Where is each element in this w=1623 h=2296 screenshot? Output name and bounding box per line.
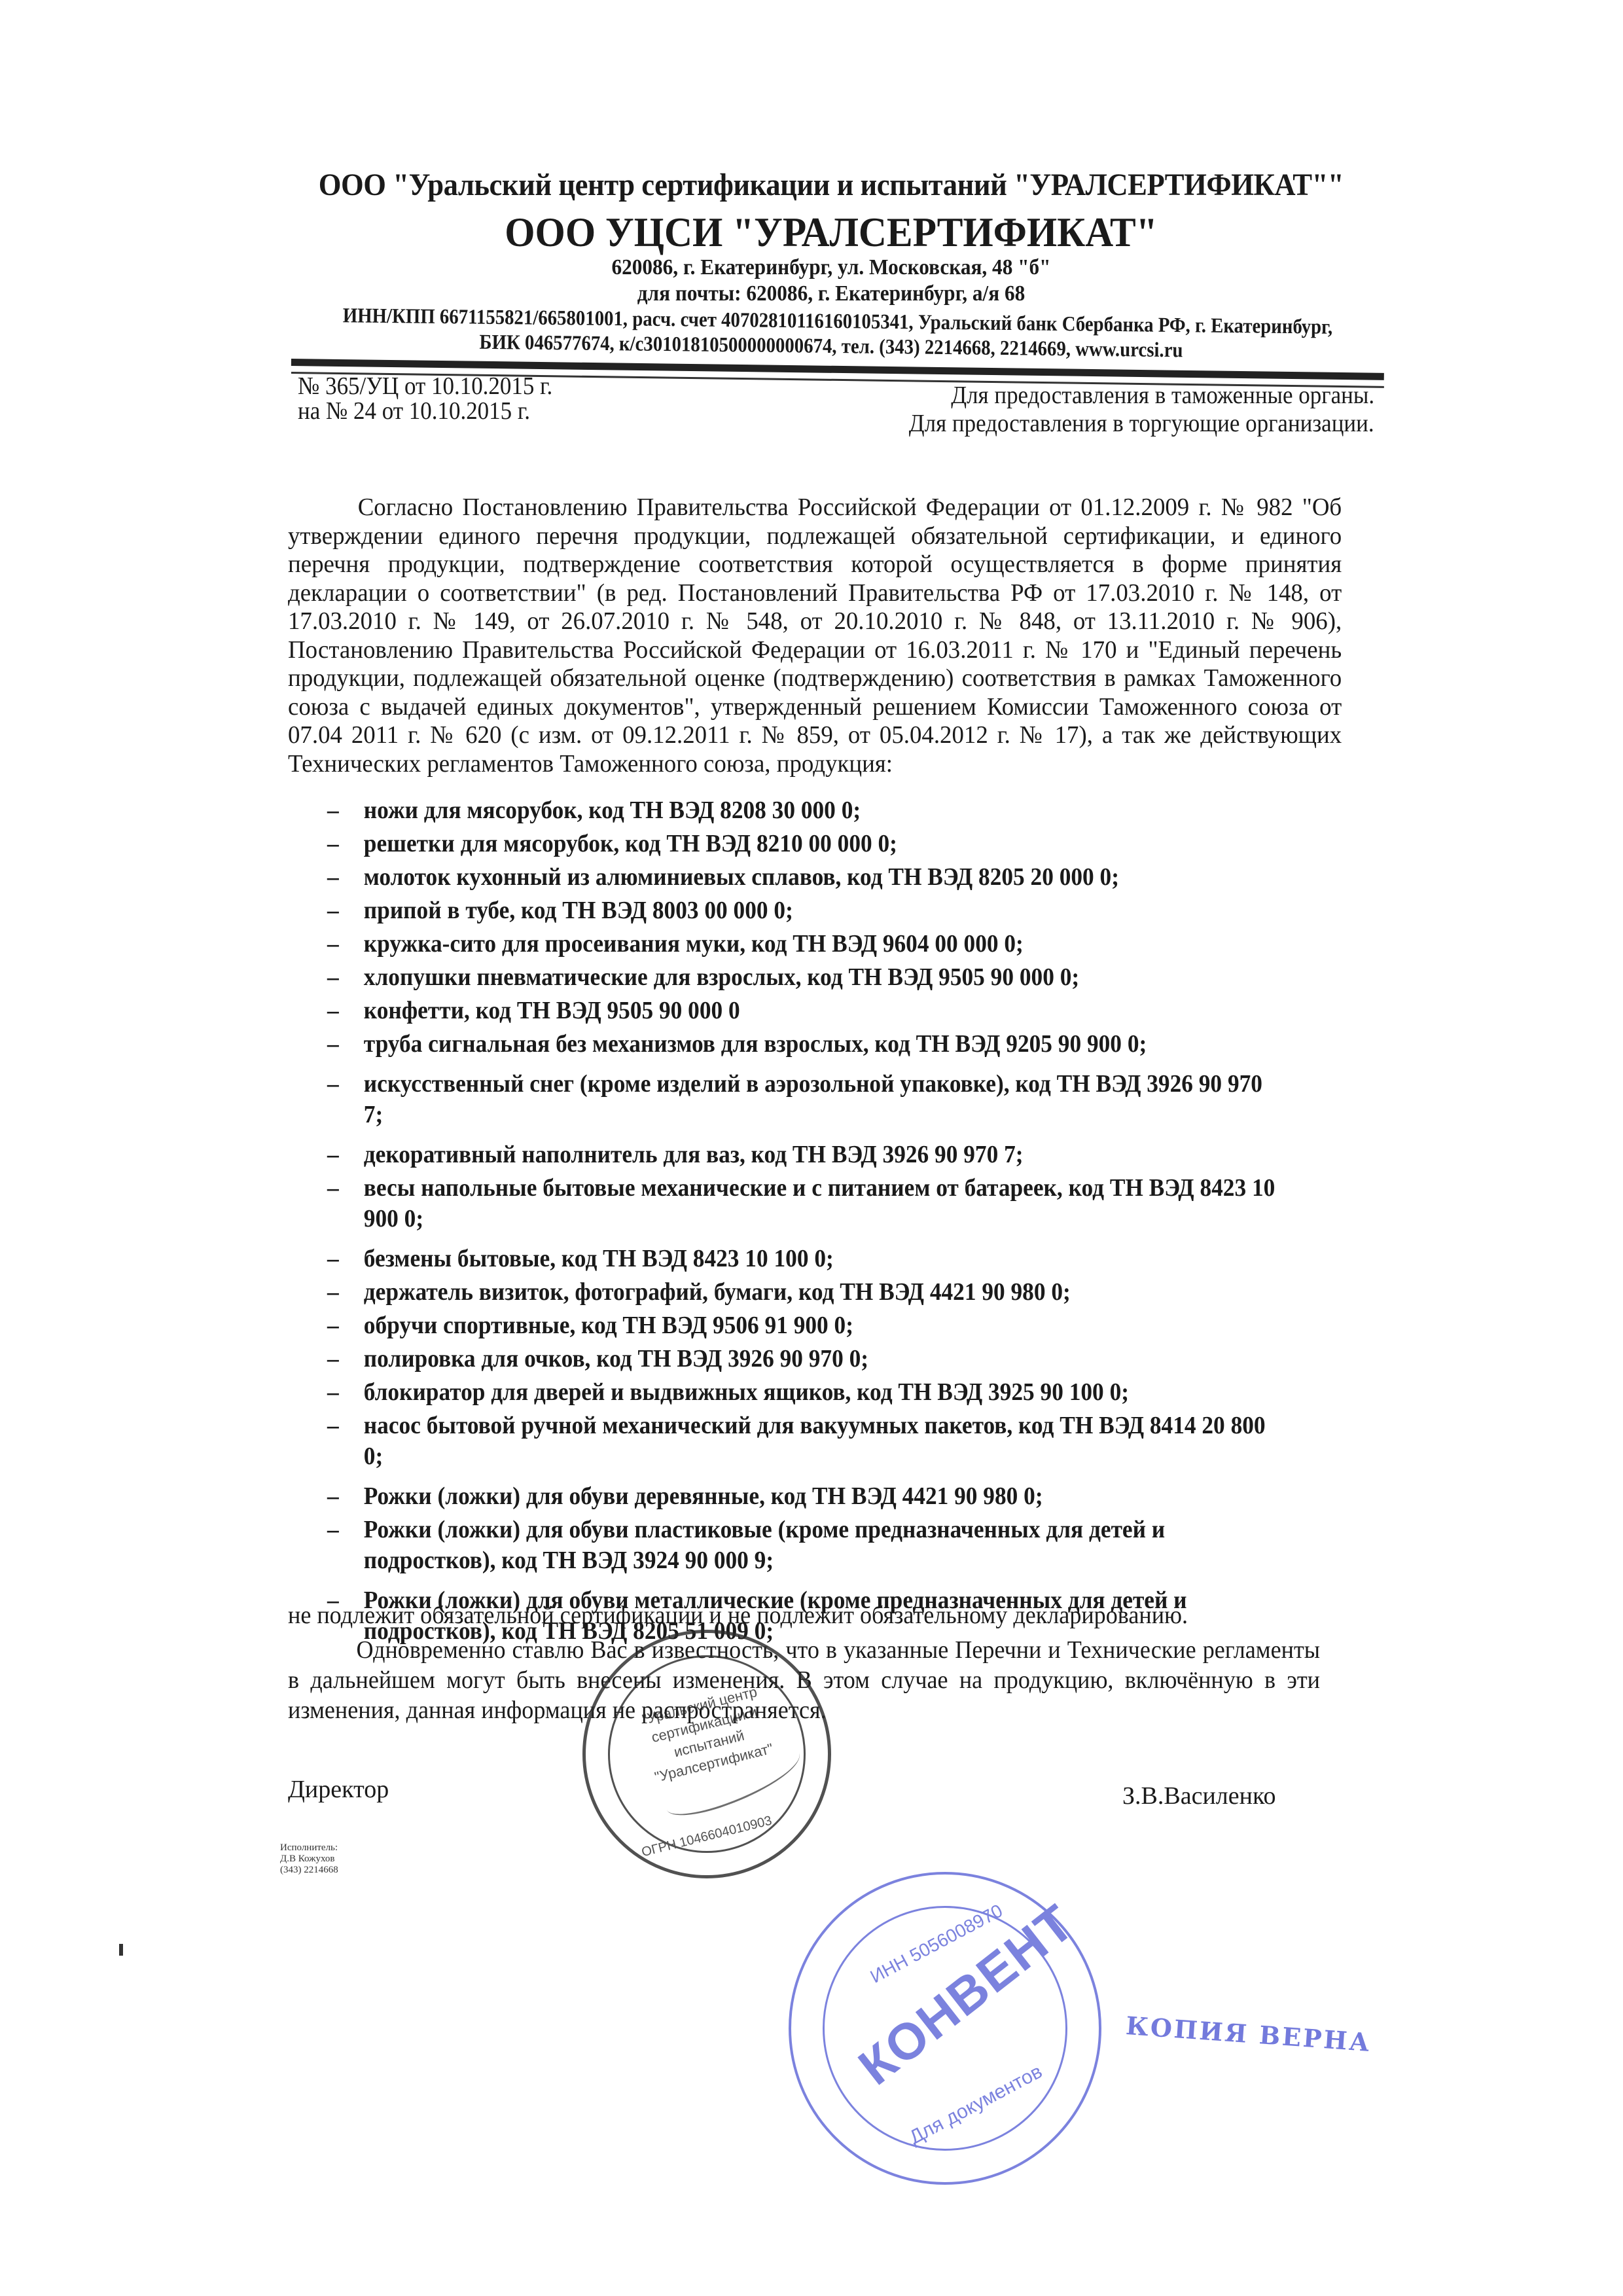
destination-trade: Для предоставления в торгующие организац… <box>909 409 1374 438</box>
copy-true-stamp: КОПИЯ ВЕРНА <box>1125 2011 1372 2057</box>
product-list: –ножи для мясорубок, код ТН ВЭД 8208 30 … <box>327 795 1348 1656</box>
product-item-text: обручи спортивные, код ТН ВЭД 9506 91 90… <box>364 1312 853 1339</box>
product-item: –полировка для очков, код ТН ВЭД 3926 90… <box>327 1344 1277 1374</box>
list-dash: – <box>327 1515 339 1545</box>
executor-block: Исполнитель: Д.В Кожухов (343) 2214668 <box>280 1842 338 1876</box>
product-item: –декоративный наполнитель для ваз, код Т… <box>327 1139 1277 1170</box>
list-dash: – <box>327 962 339 993</box>
signature-name: З.В.Василенко <box>1122 1782 1276 1810</box>
product-item-text: декоративный наполнитель для ваз, код ТН… <box>364 1141 1024 1168</box>
list-dash: – <box>327 1344 339 1374</box>
product-item-text: весы напольные бытовые механические и с … <box>364 1174 1275 1232</box>
product-item-text: кружка-сито для просеивания муки, код ТН… <box>364 930 1024 958</box>
product-item: –труба сигнальная без механизмов для взр… <box>327 1029 1277 1060</box>
list-dash: – <box>327 1029 339 1060</box>
list-dash: – <box>327 1173 339 1204</box>
product-item: –Рожки (ложки) для обуви деревянные, код… <box>327 1481 1277 1512</box>
list-dash: – <box>327 862 339 893</box>
letterhead-address: 620086, г. Екатеринбург, ул. Московская,… <box>319 255 1343 280</box>
margin-mark <box>119 1944 123 1956</box>
executor-phone: (343) 2214668 <box>280 1865 338 1876</box>
product-item-text: труба сигнальная без механизмов для взро… <box>364 1030 1147 1058</box>
product-item-text: насос бытовой ручной механический для ва… <box>364 1412 1266 1470</box>
list-dash: – <box>327 1410 339 1441</box>
product-item-text: конфетти, код ТН ВЭД 9505 90 000 0 <box>364 997 740 1024</box>
product-item-text: полировка для очков, код ТН ВЭД 3926 90 … <box>364 1345 868 1372</box>
product-item-text: припой в тубе, код ТН ВЭД 8003 00 000 0; <box>364 897 793 924</box>
product-item-text: блокиратор для дверей и выдвижных ящиков… <box>364 1378 1129 1406</box>
destination-customs: Для предоставления в таможенные органы. <box>951 381 1374 410</box>
product-item-text: Рожки (ложки) для обуви деревянные, код … <box>364 1482 1043 1510</box>
letterhead-org-short: ООО УЦСИ "УРАЛСЕРТИФИКАТ" <box>314 208 1349 257</box>
product-item: –безмены бытовые, код ТН ВЭД 8423 10 100… <box>327 1244 1277 1274</box>
list-dash: – <box>327 996 339 1026</box>
product-item: –блокиратор для дверей и выдвижных ящико… <box>327 1377 1277 1408</box>
executor-label: Исполнитель: <box>280 1842 338 1854</box>
list-dash: – <box>327 1244 339 1274</box>
letterhead-postal: для почты: 620086, г. Екатеринбург, а/я … <box>319 281 1343 306</box>
list-dash: – <box>327 1310 339 1341</box>
product-item: –искусственный снег (кроме изделий в аэр… <box>327 1069 1277 1130</box>
convent-seal-icon: ИНН 5056008970 КОНВЕНТ Для документов <box>789 1872 1101 2185</box>
product-item: –припой в тубе, код ТН ВЭД 8003 00 000 0… <box>327 895 1277 926</box>
product-item: –весы напольные бытовые механические и с… <box>327 1173 1277 1234</box>
conclusion-text: не подлежит обязательной сертификации и … <box>288 1600 1320 1630</box>
product-item-text: держатель визиток, фотографий, бумаги, к… <box>364 1278 1071 1306</box>
product-item: –ножи для мясорубок, код ТН ВЭД 8208 30 … <box>327 795 1277 826</box>
product-item: –молоток кухонный из алюминиевых сплавов… <box>327 862 1277 893</box>
list-dash: – <box>327 1377 339 1408</box>
product-item: –конфетти, код ТН ВЭД 9505 90 000 0 <box>327 996 1277 1026</box>
document-page: ООО "Уральский центр сертификации и испы… <box>0 0 1623 2296</box>
product-item: –решетки для мясорубок, код ТН ВЭД 8210 … <box>327 829 1277 859</box>
product-item: –обручи спортивные, код ТН ВЭД 9506 91 9… <box>327 1310 1277 1341</box>
incoming-reference: на № 24 от 10.10.2015 г. <box>298 397 530 425</box>
product-item: –насос бытовой ручной механический для в… <box>327 1410 1277 1472</box>
list-dash: – <box>327 929 339 960</box>
product-item-text: хлопушки пневматические для взрослых, ко… <box>364 963 1079 991</box>
list-dash: – <box>327 795 339 826</box>
list-dash: – <box>327 1481 339 1512</box>
list-dash: – <box>327 895 339 926</box>
product-item-text: ножи для мясорубок, код ТН ВЭД 8208 30 0… <box>364 797 861 824</box>
product-item: –держатель визиток, фотографий, бумаги, … <box>327 1277 1277 1308</box>
signature-position: Директор <box>288 1775 389 1804</box>
product-item-text: Рожки (ложки) для обуви пластиковые (кро… <box>364 1516 1165 1574</box>
list-dash: – <box>327 1069 339 1100</box>
product-item: –Рожки (ложки) для обуви пластиковые (кр… <box>327 1515 1277 1576</box>
letterhead-org-full: ООО "Уральский центр сертификации и испы… <box>314 167 1349 203</box>
product-item: –хлопушки пневматические для взрослых, к… <box>327 962 1277 993</box>
product-item: –кружка-сито для просеивания муки, код Т… <box>327 929 1277 960</box>
product-item-text: искусственный снег (кроме изделий в аэро… <box>364 1070 1262 1128</box>
product-item-text: решетки для мясорубок, код ТН ВЭД 8210 0… <box>364 830 897 857</box>
product-item-text: безмены бытовые, код ТН ВЭД 8423 10 100 … <box>364 1245 834 1272</box>
product-item-text: молоток кухонный из алюминиевых сплавов,… <box>364 863 1119 891</box>
executor-name: Д.В Кожухов <box>280 1854 338 1865</box>
list-dash: – <box>327 1277 339 1308</box>
list-dash: – <box>327 1139 339 1170</box>
intro-paragraph: Согласно Постановлению Правительства Рос… <box>288 493 1342 778</box>
list-dash: – <box>327 829 339 859</box>
